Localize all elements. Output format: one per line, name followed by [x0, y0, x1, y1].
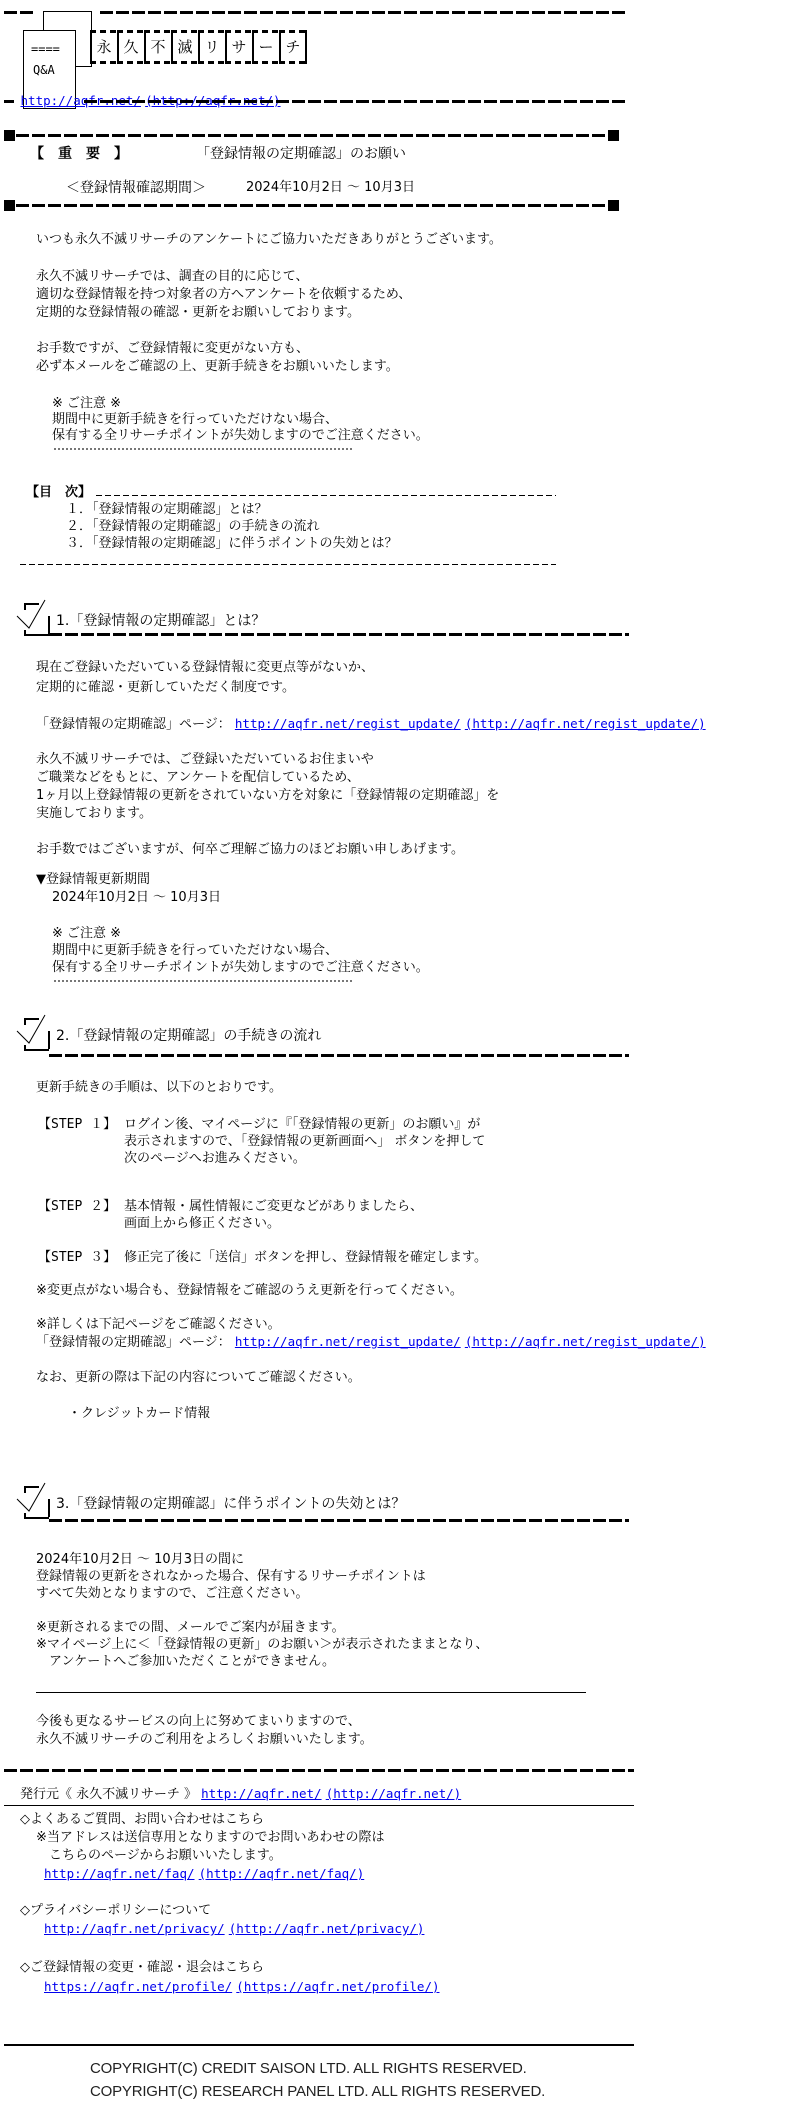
period-label: ＜登録情報確認期間＞ [66, 180, 206, 196]
profile-link[interactable]: https://aqfr.net/profile/ [44, 1979, 232, 1994]
privacy-heading: ◇プライバシーポリシーについて [20, 1903, 211, 1919]
step-line: 基本情報・属性情報にご変更などがありましたら、 [124, 1199, 423, 1215]
brand-char: 久 [117, 30, 143, 64]
regist-update-label: 「登録情報の定期確認」ページ： [36, 717, 231, 732]
brand-char: 不 [144, 30, 170, 64]
toc-bottom-rule [20, 564, 556, 565]
toc-item: ２．「登録情報の定期確認」の手続きの流れ [66, 519, 320, 535]
check-item: ・クレジットカード情報 [68, 1406, 210, 1422]
regist-update-line: 「登録情報の定期確認」ページ： http://aqfr.net/regist_u… [36, 1334, 706, 1351]
faq-note: ※当アドレスは送信専用となりますのでお問いあわせの際は [36, 1830, 385, 1846]
regist-update-label: 「登録情報の定期確認」ページ： [36, 1335, 231, 1350]
section-3-line: 登録情報の更新をされなかった場合、保有するリサーチポイントは [36, 1569, 426, 1585]
header-bottom-rule [84, 100, 628, 103]
brand-char: 滅 [171, 30, 197, 64]
step-line: 表示されますので、「登録情報の更新画面へ」 ボタンを押して [124, 1134, 485, 1150]
brand-char: 永 [90, 30, 116, 64]
section-3-rule [49, 1519, 629, 1522]
toc-item: ３．「登録情報の定期確認」に伴うポイントの失効とは？ [66, 536, 398, 552]
notice-line: 保有する全リサーチポイントが失効しますのでご注意ください。 [52, 428, 429, 444]
notice-heading: ※ ご注意 ※ [52, 926, 121, 942]
period-value: 2024年10月2日 ～ 10月3日 [246, 180, 415, 196]
intro-line: 必ず本メールをご確認の上、更新手続きをお願いいたします。 [36, 359, 399, 375]
section-3-line: すべて失効となりますので、ご注意ください。 [36, 1586, 308, 1602]
notice-line: 期間中に更新手続きを行っていただけない場合、 [52, 943, 338, 959]
step-line: 画面上から修正ください。 [124, 1216, 280, 1232]
notice-underline [54, 448, 354, 450]
closing-line: 永久不滅リサーチのご利用をよろしくお願いいたします。 [36, 1732, 373, 1748]
section-1-line: 実施しております。 [36, 806, 152, 822]
square-icon [608, 130, 619, 141]
step-label: 【STEP ２】 [38, 1199, 116, 1215]
important-tag: 【 重 要 】 [30, 146, 128, 162]
top-rule [100, 11, 628, 14]
intro-line: お手数ですが、ご登録情報に変更がない方も、 [36, 341, 309, 357]
step-label: 【STEP ３】 [38, 1250, 116, 1266]
faq-link-paren[interactable]: (http://aqfr.net/faq/) [199, 1866, 365, 1881]
period-heading: ▼登録情報更新期間 [36, 872, 150, 888]
period-value: 2024年10月2日 ～ 10月3日 [52, 890, 221, 906]
square-icon [608, 200, 619, 211]
logo-bars: ==== [31, 42, 60, 56]
intro-line: 定期的な登録情報の確認・更新をお願いしております。 [36, 305, 360, 321]
regist-update-line: 「登録情報の定期確認」ページ： http://aqfr.net/regist_u… [36, 716, 706, 733]
section-1-line: 定期的に確認・更新していただく制度です。 [36, 680, 295, 696]
intro-line: 適切な登録情報を持つ対象者の方へアンケートを依頼するため、 [36, 287, 411, 303]
section-1-line: 永久不滅リサーチでは、ご登録いただいているお住まいや [36, 752, 374, 768]
brand-char: サ [225, 30, 251, 64]
section-1-line: ご職業などをもとに、アンケートを配信しているため、 [36, 770, 360, 786]
toc-item: １．「登録情報の定期確認」とは？ [66, 502, 268, 518]
brand-char: チ [279, 30, 305, 64]
brand-char: リ [198, 30, 224, 64]
intro-line: いつも永久不滅リサーチのアンケートにご協力いただきありがとうございます。 [36, 232, 502, 248]
logo-label: Q&A [33, 63, 55, 77]
section-1-line: 現在ご登録いただいている登録情報に変更点等がないか、 [36, 660, 374, 676]
section-3-line: 2024年10月2日 ～ 10月3日の間に [36, 1552, 244, 1568]
regist-update-link-paren[interactable]: (http://aqfr.net/regist_update/) [465, 1334, 706, 1349]
publisher-label: 発行元《 永久不滅リサーチ 》 [20, 1787, 197, 1802]
bottom-rule-left [4, 100, 14, 103]
step-line: 次のページへお進みください。 [124, 1151, 306, 1167]
step-line: 修正完了後に「送信」ボタンを押し、登録情報を確定します。 [124, 1250, 487, 1266]
section-1-line: 1ヶ月以上登録情報の更新をされていない方を対象に「登録情報の定期確認」を [36, 788, 499, 804]
section-3-note: アンケートへご参加いただくことができません。 [36, 1654, 335, 1670]
profile-heading: ◇ご登録情報の変更・確認・退会はこちら [20, 1960, 264, 1976]
important-top-rule [16, 134, 606, 137]
square-icon [4, 130, 15, 141]
notice-heading: ※ ご注意 ※ [52, 396, 121, 412]
footer-publisher-rule [4, 1805, 634, 1806]
brand-char: ー [252, 30, 278, 64]
section-1-rule [49, 633, 629, 636]
check-intro: なお、更新の際は下記の内容についてご確認ください。 [36, 1370, 361, 1386]
section-2-note: ※変更点がない場合も、登録情報をご確認のうえ更新を行ってください。 [36, 1283, 463, 1299]
square-icon [4, 200, 15, 211]
intro-line: 永久不滅リサーチでは、調査の目的に応じて、 [36, 269, 308, 285]
profile-link-line: https://aqfr.net/profile/ (https://aqfr.… [44, 1979, 440, 1996]
step-line: ログイン後、マイページに『「登録情報の更新」のお願い』が [124, 1117, 480, 1133]
privacy-link-line: http://aqfr.net/privacy/ (http://aqfr.ne… [44, 1921, 424, 1938]
publisher-link[interactable]: http://aqfr.net/ [201, 1786, 321, 1801]
profile-link-paren[interactable]: (https://aqfr.net/profile/) [236, 1979, 439, 1994]
copyright-line: COPYRIGHT(C) RESEARCH PANEL LTD. ALL RIG… [90, 2083, 545, 2100]
notice-underline [54, 980, 354, 982]
footer-top-rule [4, 1769, 634, 1772]
privacy-link[interactable]: http://aqfr.net/privacy/ [44, 1921, 225, 1936]
notice-line: 保有する全リサーチポイントが失効しますのでご注意ください。 [52, 960, 429, 976]
section-2-intro: 更新手続きの手順は、以下のとおりです。 [36, 1080, 282, 1096]
section-2-rule [49, 1054, 629, 1057]
important-title: 「登録情報の定期確認」のお願い [196, 146, 406, 162]
regist-update-link-paren[interactable]: (http://aqfr.net/regist_update/) [465, 716, 706, 731]
faq-heading: ◇よくあるご質問、お問い合わせはこちら [20, 1812, 264, 1828]
section-3-title: 3.「登録情報の定期確認」に伴うポイントの失効とは？ [56, 1493, 405, 1513]
publisher-link-paren[interactable]: (http://aqfr.net/) [326, 1786, 461, 1801]
section-2-title: 2.「登録情報の定期確認」の手続きの流れ [56, 1025, 321, 1045]
faq-link[interactable]: http://aqfr.net/faq/ [44, 1866, 195, 1881]
section-3-note: ※更新されるまでの間、メールでご案内が届きます。 [36, 1620, 345, 1636]
section-2-note: ※詳しくは下記ページをご確認ください。 [36, 1317, 281, 1333]
toc-top-rule [96, 495, 556, 496]
section-3-note: ※マイページ上に＜「登録情報の更新」のお願い＞が表示されたままとなり、 [36, 1637, 488, 1653]
important-bottom-rule [16, 204, 606, 207]
regist-update-link[interactable]: http://aqfr.net/regist_update/ [235, 1334, 461, 1349]
faq-note: こちらのページからお願いいたします。 [36, 1848, 282, 1864]
publisher-line: 発行元《 永久不滅リサーチ 》 http://aqfr.net/ (http:/… [20, 1786, 461, 1803]
closing-divider [36, 1692, 586, 1693]
toc-label: 【目 次】 [26, 485, 91, 501]
privacy-link-paren[interactable]: (http://aqfr.net/privacy/) [229, 1921, 425, 1936]
section-1-title: 1.「登録情報の定期確認」とは？ [56, 610, 265, 630]
notice-line: 期間中に更新手続きを行っていただけない場合、 [52, 412, 338, 428]
faq-link-line: http://aqfr.net/faq/ (http://aqfr.net/fa… [44, 1866, 364, 1883]
closing-line: 今後も更なるサービスの向上に努めてまいりますので、 [36, 1714, 361, 1730]
regist-update-link[interactable]: http://aqfr.net/regist_update/ [235, 716, 461, 731]
copyright-line: COPYRIGHT(C) CREDIT SAISON LTD. ALL RIGH… [90, 2060, 527, 2077]
top-rule-left [4, 11, 34, 14]
step-label: 【STEP １】 [38, 1117, 116, 1133]
copyright-rule [4, 2044, 634, 2046]
section-1-line: お手数ではございますが、何卒ご理解ご協力のほどお願い申しあげます。 [36, 842, 464, 858]
